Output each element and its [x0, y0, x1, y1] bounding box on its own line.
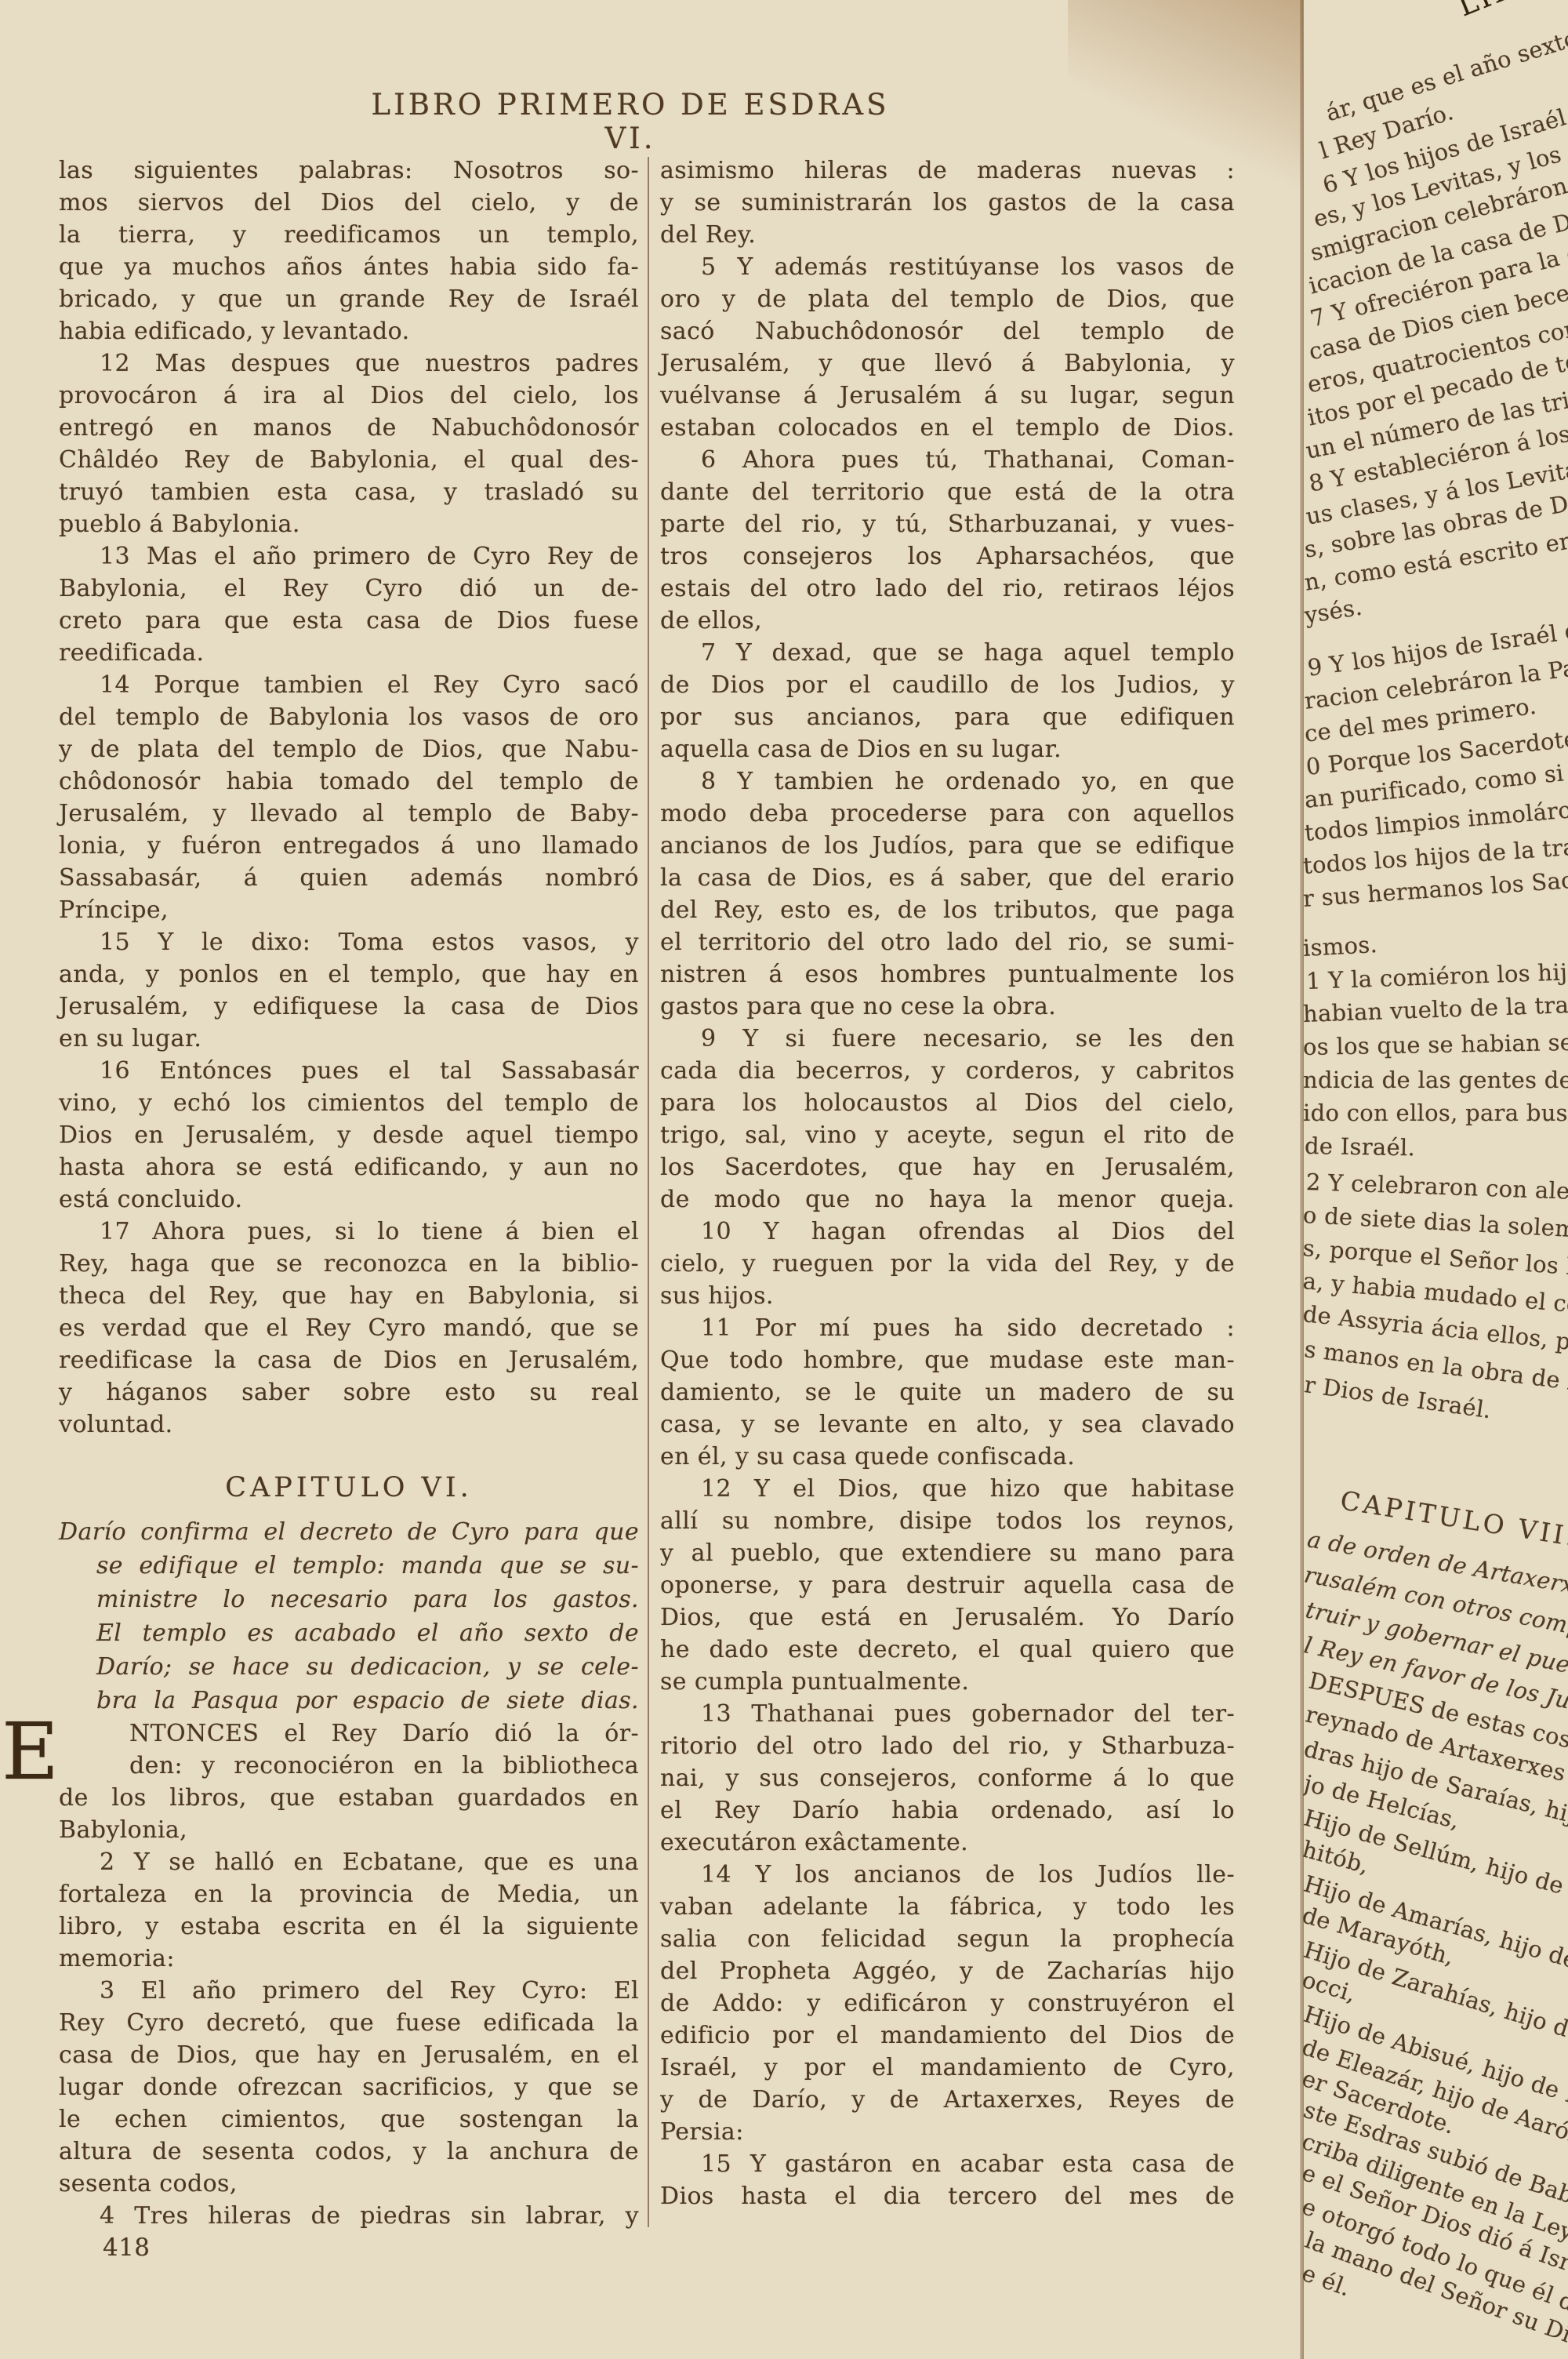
text-line: 14 Y los ancianos de los Judíos lle- — [660, 1859, 1235, 1891]
text-line: hasta ahora se está edificando, y aun no — [59, 1151, 639, 1183]
text-line: CAPITULO VI. — [59, 1472, 639, 1504]
text-line: salia con felicidad segun la prophecía — [660, 1923, 1235, 1955]
text-line: y háganos saber sobre esto su real — [59, 1376, 639, 1408]
text-line: en su lugar. — [59, 1023, 639, 1055]
text-line: Rey Cyro decretó, que fuese edificada la — [59, 2007, 639, 2039]
text-line: 11 Por mí pues ha sido decretado : — [660, 1312, 1235, 1344]
text-line: anda, y ponlos en el templo, que hay en — [59, 958, 639, 990]
text-line: en él, y su casa quede confiscada. — [660, 1441, 1235, 1473]
text-line: he dado este decreto, el qual quiero que — [660, 1634, 1235, 1666]
text-line: la casa de Dios, es á saber, que del era… — [660, 862, 1235, 894]
text-line: 16 Entónces pues el tal Sassabasár — [59, 1055, 639, 1087]
text-line: entregó en manos de Nabuchôdonosór — [59, 412, 639, 444]
text-line: libro, y estaba escrita en él la siguien… — [59, 1910, 639, 1943]
text-line: Dios hasta el dia tercero del mes de — [660, 2180, 1235, 2212]
text-line: den: y reconociéron en la bibliotheca — [59, 1750, 639, 1782]
text-line: cada dia becerros, y corderos, y cabrito… — [660, 1055, 1235, 1087]
text-line: 5 Y además restitúyanse los vasos de — [660, 251, 1235, 283]
facing-text-line: os los que se habian separa — [1303, 1028, 1568, 1060]
text-line: 4 Tres hileras de piedras sin labrar, y — [59, 2200, 639, 2232]
facing-text-line: 1 Y la comiéron los hijos d — [1305, 957, 1568, 994]
text-line: Dios en Jerusalém, y desde aquel tiempo — [59, 1119, 639, 1151]
text-line: Babylonia, el Rey Cyro dió un de- — [59, 572, 639, 605]
scanned-page: LIBRO PRIMERO DE ESDRAS VI. las siguient… — [0, 0, 1303, 2359]
text-line: voluntad. — [59, 1408, 639, 1441]
text-line: del templo de Babylonia los vasos de oro — [59, 701, 639, 733]
text-line: 8 Y tambien he ordenado yo, en que — [660, 765, 1235, 798]
text-line: casa de Dios, que hay en Jerusalém, en e… — [59, 2039, 639, 2071]
text-line: y al pueblo, que extendiere su mano para — [660, 1537, 1235, 1569]
text-line: edificio por el mandamiento del Dios de — [660, 2019, 1235, 2052]
facing-text-line: ismos. — [1303, 931, 1378, 961]
facing-text-line: de Israél. — [1305, 1132, 1416, 1161]
text-line: ancianos de los Judíos, para que se edif… — [660, 830, 1235, 862]
text-line: Jerusalém, y que llevó á Babylonia, y — [660, 347, 1235, 380]
text-line: executáron exâctamente. — [660, 1826, 1235, 1859]
text-line: las siguientes palabras: Nosotros so- — [59, 154, 639, 187]
text-line: Sassabasár, á quien además nombró — [59, 862, 639, 894]
text-line: de Addo: y edificáron y construyéron el — [660, 1987, 1235, 2019]
text-line: ritorio del otro lado del rio, y Stharbu… — [660, 1730, 1235, 1762]
text-line: creto para que esta casa de Dios fuese — [59, 605, 639, 637]
text-line: para los holocaustos al Dios del cielo, — [660, 1087, 1235, 1119]
text-line: 6 Ahora pues tú, Thathanai, Coman- — [660, 444, 1235, 476]
facing-text-line: 2 Y celebraron con alegría — [1305, 1169, 1568, 1206]
text-line: 14 Porque tambien el Rey Cyro sacó — [59, 669, 639, 701]
text-line: memoria: — [59, 1943, 639, 1975]
text-line: chôdonosór habia tomado del templo de — [59, 765, 639, 798]
facing-text-line: ido con ellos, para buscar — [1303, 1100, 1568, 1126]
text-line: Dios, que está en Jerusalém. Yo Darío — [660, 1601, 1235, 1634]
text-line: 13 Thathanai pues gobernador del ter- — [660, 1698, 1235, 1730]
text-line: nai, y sus consejeros, conforme á lo que — [660, 1762, 1235, 1794]
text-line: Darío confirma el decreto de Cyro para q… — [59, 1515, 639, 1549]
facing-text-line: habian vuelto de la transm — [1303, 990, 1568, 1027]
text-line: cielo, y rueguen por la vida del Rey, y … — [660, 1248, 1235, 1280]
text-line: de los libros, que estaban guardados en — [59, 1782, 639, 1814]
text-line: el Rey Darío habia ordenado, así lo — [660, 1794, 1235, 1826]
text-line: fortaleza en la provincia de Media, un — [59, 1878, 639, 1910]
column-divider-rule — [648, 157, 649, 2227]
text-line: estais del otro lado del rio, retiraos l… — [660, 572, 1235, 605]
facing-page-edge: LIBár, que es el año sexto dl Rey Darío.… — [1303, 0, 1568, 2359]
text-line: bra la Pasqua por espacio de siete dias. — [59, 1684, 639, 1717]
text-line: está concluido. — [59, 1183, 639, 1216]
text-line: por sus ancianos, para que edifiquen — [660, 701, 1235, 733]
text-line: aquella casa de Dios en su lugar. — [660, 733, 1235, 765]
text-line: pueblo á Babylonia. — [59, 508, 639, 540]
text-line: la tierra, y reedificamos un templo, — [59, 219, 639, 251]
text-line: los Sacerdotes, que hay en Jerusalém, — [660, 1151, 1235, 1183]
facing-text-line: LIB — [1454, 0, 1519, 24]
text-line: provocáron á ira al Dios del cielo, los — [59, 380, 639, 412]
text-line: 3 El año primero del Rey Cyro: El — [59, 1975, 639, 2007]
text-line: vuélvanse á Jerusalém á su lugar, segun — [660, 380, 1235, 412]
dropcap-letter: E — [2, 1721, 59, 1783]
text-line: Darío; se hace su dedicacion, y se cele- — [59, 1650, 639, 1684]
text-line: sesenta codos, — [59, 2168, 639, 2200]
text-line: que ya muchos años ántes habia sido fa- — [59, 251, 639, 283]
text-line: sacó Nabuchôdonosór del templo de — [660, 315, 1235, 347]
text-line: del Rey. — [660, 219, 1235, 251]
text-line: Que todo hombre, que mudase este man- — [660, 1344, 1235, 1376]
text-line: nistren á esos hombres puntualmente los — [660, 958, 1235, 990]
text-line: Israél, y por el mandamiento de Cyro, — [660, 2052, 1235, 2084]
text-line: de Dios por el caudillo de los Judios, y — [660, 669, 1235, 701]
text-line: Rey, haga que se reconozca en la biblio- — [59, 1248, 639, 1280]
text-line: estaban colocados en el templo de Dios. — [660, 412, 1235, 444]
text-line: bricado, y que un grande Rey de Israél — [59, 283, 639, 315]
text-line: Babylonia, — [59, 1814, 639, 1846]
text-line: se edifique el templo: manda que se su- — [59, 1549, 639, 1583]
text-line: del Rey, esto es, de los tributos, que p… — [660, 894, 1235, 926]
text-line: mos siervos del Dios del cielo, y de — [59, 187, 639, 219]
text-line: Príncipe, — [59, 894, 639, 926]
text-line: allí su nombre, disipe todos los reynos, — [660, 1505, 1235, 1537]
text-line: dante del territorio que está de la otra — [660, 476, 1235, 508]
text-line: 17 Ahora pues, si lo tiene á bien el — [59, 1216, 639, 1248]
text-line: asimismo hileras de maderas nuevas : — [660, 154, 1235, 187]
text-line: vino, y echó los cimientos del templo de — [59, 1087, 639, 1119]
book-scan: { "page": { "header": "LIBRO PRIMERO DE … — [0, 0, 1568, 2359]
text-line: 10 Y hagan ofrendas al Dios del — [660, 1216, 1235, 1248]
text-line: y se suministrarán los gastos de la casa — [660, 187, 1235, 219]
text-line: ministre lo necesario para los gastos. — [59, 1583, 639, 1616]
text-line: y de plata del templo de Dios, que Nabu- — [59, 733, 639, 765]
text-line: el territorio del otro lado del rio, se … — [660, 926, 1235, 958]
text-line: 13 Mas el año primero de Cyro Rey de — [59, 540, 639, 572]
text-line: vaban adelante la fábrica, y todo les — [660, 1891, 1235, 1923]
text-line: El templo es acabado el año sexto de — [59, 1616, 639, 1650]
facing-text-line: ysés. — [1303, 594, 1364, 629]
running-header: LIBRO PRIMERO DE ESDRAS VI. — [348, 88, 913, 155]
text-line: habia edificado, y levantado. — [59, 315, 639, 347]
text-line: parte del rio, y tú, Stharbuzanai, y vue… — [660, 508, 1235, 540]
text-line: NTONCES el Rey Darío dió la ór- — [59, 1717, 639, 1750]
text-line: Persia: — [660, 2116, 1235, 2148]
text-line: y de Darío, y de Artaxerxes, Reyes de — [660, 2084, 1235, 2116]
text-line: de modo que no haya la menor queja. — [660, 1183, 1235, 1216]
text-line: 7 Y dexad, que se haga aquel templo — [660, 637, 1235, 669]
text-line: trigo, sal, vino y aceyte, segun el rito… — [660, 1119, 1235, 1151]
text-line: gastos para que no cese la obra. — [660, 990, 1235, 1023]
text-line: casa, y se levante en alto, y sea clavad… — [660, 1408, 1235, 1441]
text-line: se cumpla puntualmente. — [660, 1666, 1235, 1698]
text-line: sus hijos. — [660, 1280, 1235, 1312]
right-text-column: asimismo hileras de maderas nuevas :y se… — [660, 154, 1235, 2212]
text-line: tros consejeros los Apharsachéos, que — [660, 540, 1235, 572]
text-line: oro y de plata del templo de Dios, que — [660, 283, 1235, 315]
text-line: 2 Y se halló en Ecbatane, que es una — [59, 1846, 639, 1878]
text-line: reedificada. — [59, 637, 639, 669]
text-line: modo deba procederse para con aquellos — [660, 798, 1235, 830]
text-line: Châldéo Rey de Babylonia, el qual des- — [59, 444, 639, 476]
text-line: 12 Y el Dios, que hizo que habitase — [660, 1473, 1235, 1505]
text-line: oponerse, y para destruir aquella casa d… — [660, 1569, 1235, 1601]
text-line: reedificase la casa de Dios en Jerusalém… — [59, 1344, 639, 1376]
text-line: de ellos, — [660, 605, 1235, 637]
text-line: le echen cimientos, que sostengan la — [59, 2103, 639, 2135]
text-line: 15 Y gastáron en acabar esta casa de — [660, 2148, 1235, 2180]
text-line: lugar donde ofrezcan sacrificios, y que … — [59, 2071, 639, 2103]
text-line: damiento, se le quite un madero de su — [660, 1376, 1235, 1408]
text-line: altura de sesenta codos, y la anchura de — [59, 2135, 639, 2168]
text-line: lonia, y fuéron entregados á uno llamado — [59, 830, 639, 862]
text-line: theca del Rey, que hay en Babylonia, si — [59, 1280, 639, 1312]
text-line: 12 Mas despues que nuestros padres — [59, 347, 639, 380]
text-line: 418 — [59, 2232, 639, 2264]
text-line: 9 Y si fuere necesario, se les den — [660, 1023, 1235, 1055]
facing-text-line: ndicia de las gentes de — [1303, 1067, 1568, 1093]
left-text-column: las siguientes palabras: Nosotros so-mos… — [59, 154, 639, 2264]
text-line: Jerusalém, y llevado al templo de Baby- — [59, 798, 639, 830]
text-line: es verdad que el Rey Cyro mandó, que se — [59, 1312, 639, 1344]
text-line: Jerusalém, y edifiquese la casa de Dios — [59, 990, 639, 1023]
text-line: del Propheta Aggéo, y de Zacharías hijo — [660, 1955, 1235, 1987]
text-line: 15 Y le dixo: Toma estos vasos, y — [59, 926, 639, 958]
text-line: truyó tambien esta casa, y trasladó su — [59, 476, 639, 508]
